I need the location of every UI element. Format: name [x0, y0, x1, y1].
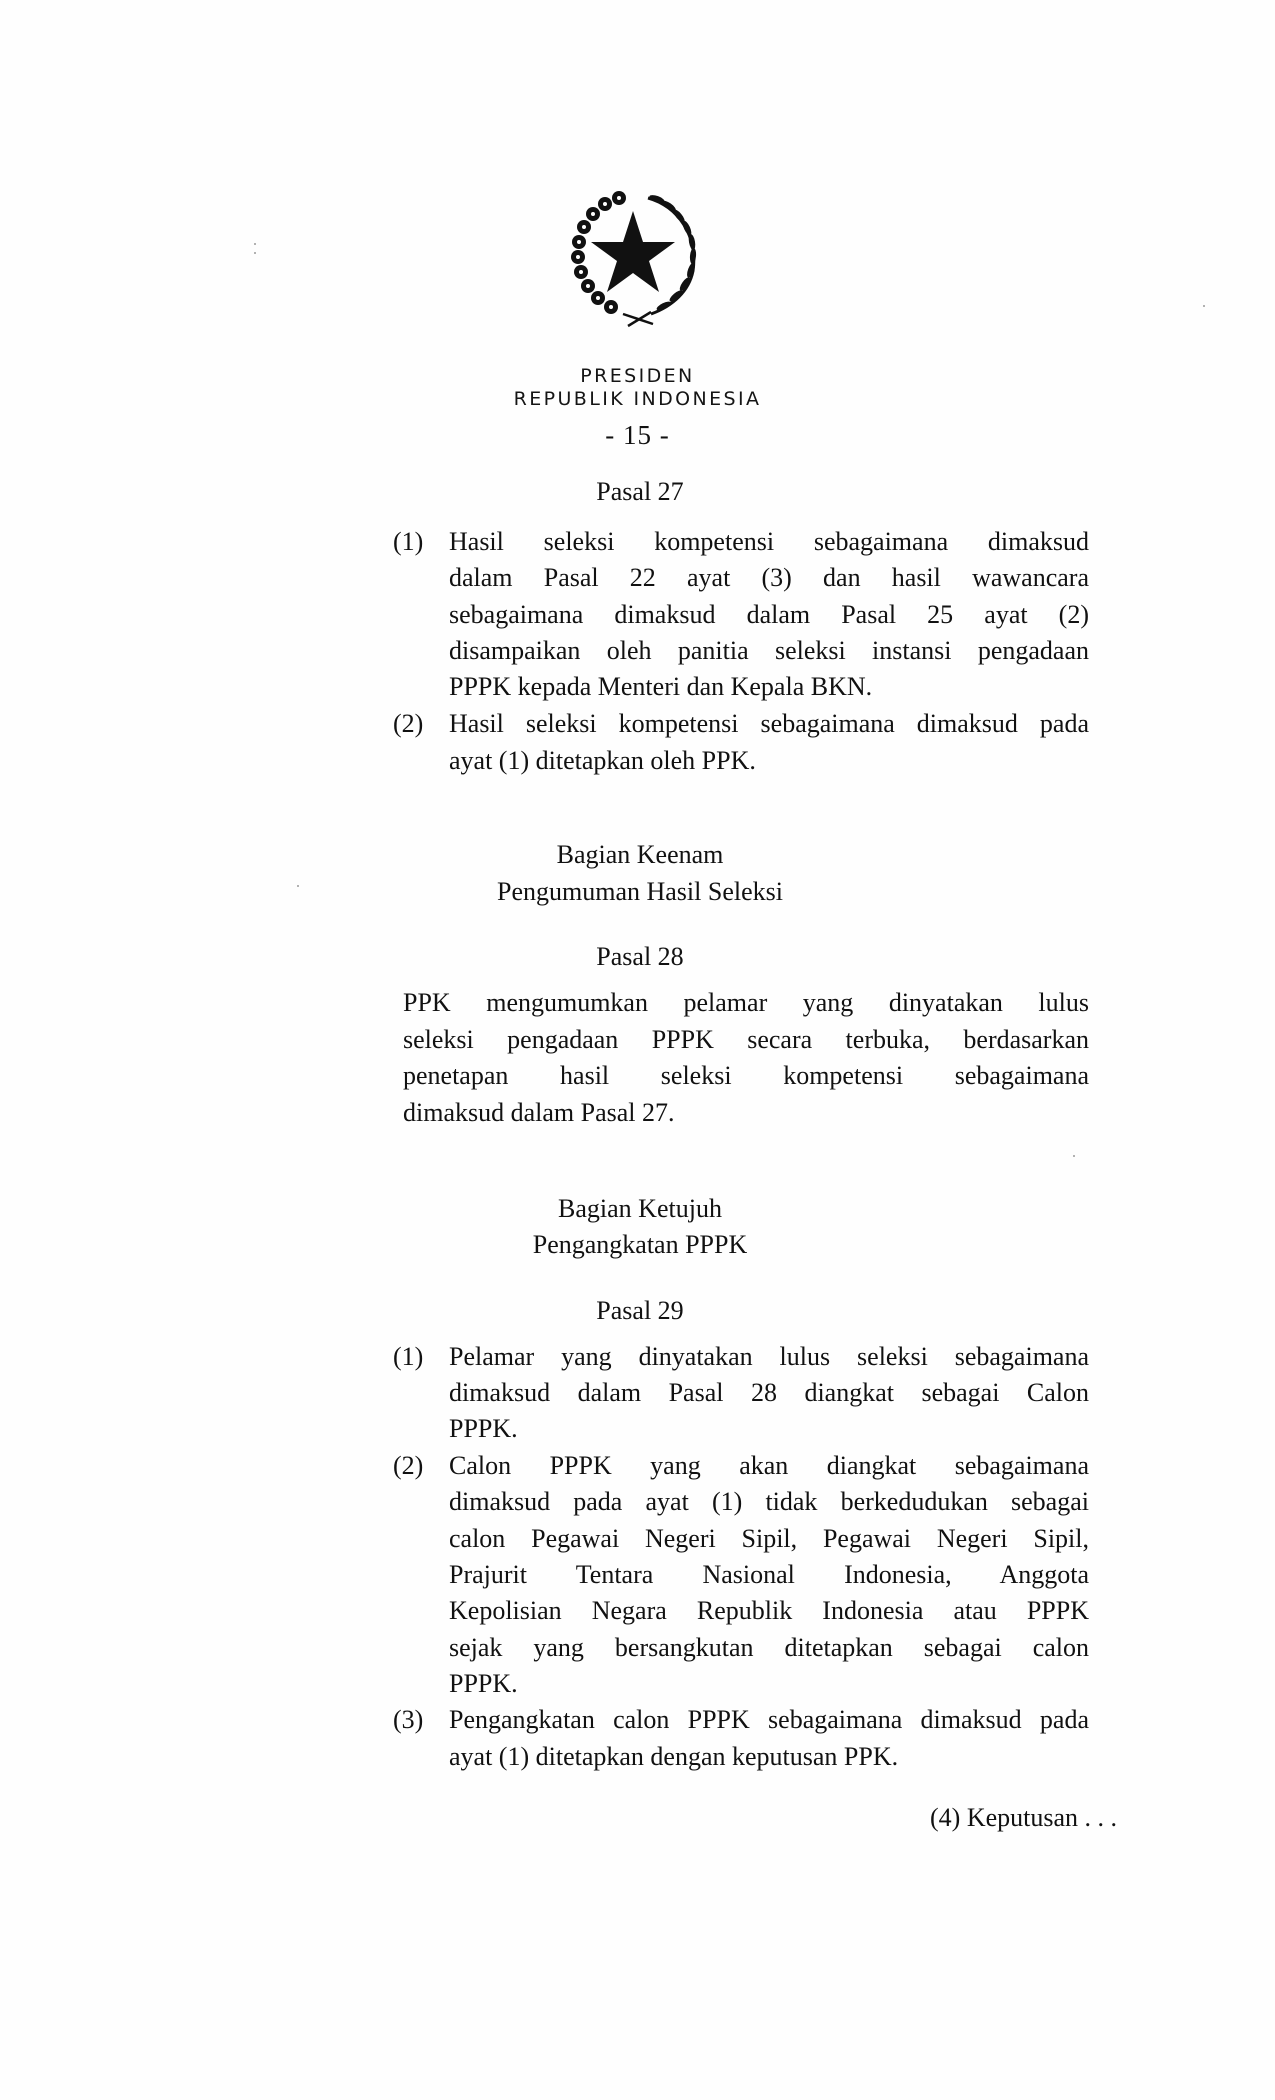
text-line: Hasil seleksi kompetensi sebagaimana dim… [449, 527, 1089, 559]
text-line: Calon PPPK yang akan diangkat sebagaiman… [449, 1451, 1089, 1483]
text-line: ayat (1) ditetapkan oleh PPK. [449, 746, 756, 776]
text-line: dimaksud dalam Pasal 27. [403, 1098, 675, 1128]
text-line: dimaksud dalam Pasal 28 diangkat sebagai… [449, 1378, 1089, 1410]
ayat-number: (2) [393, 709, 423, 739]
pasal-29-title: Pasal 29 [540, 1296, 740, 1326]
scan-speck [1203, 305, 1205, 307]
text-line: sejak yang bersangkutan ditetapkan sebag… [449, 1633, 1089, 1665]
pasal-27-title: Pasal 27 [540, 477, 740, 507]
pasal-28-title: Pasal 28 [540, 942, 740, 972]
text-line: calon Pegawai Negeri Sipil, Pegawai Nege… [449, 1524, 1089, 1556]
scan-speck [1073, 1155, 1075, 1157]
text-line: Hasil seleksi kompetensi sebagaimana dim… [449, 709, 1089, 741]
ayat-number: (1) [393, 527, 423, 557]
text-line: Pengangkatan calon PPPK sebagaimana dima… [449, 1705, 1089, 1737]
text-line: Pelamar yang dinyatakan lulus seleksi se… [449, 1342, 1089, 1374]
scan-speck [297, 885, 299, 887]
text-line: penetapan hasil seleksi kompetensi sebag… [403, 1061, 1089, 1093]
text-line: sebagaimana dimaksud dalam Pasal 25 ayat… [449, 600, 1089, 632]
text-line: ayat (1) ditetapkan dengan keputusan PPK… [449, 1742, 898, 1772]
document-page: PRESIDEN REPUBLIK INDONESIA - 15 - Pasal… [0, 0, 1275, 2100]
letterhead-subtitle: REPUBLIK INDONESIA [0, 388, 1275, 410]
page-number: - 15 - [0, 420, 1275, 451]
text-line: dimaksud pada ayat (1) tidak berkeduduka… [449, 1487, 1089, 1519]
text-line: dalam Pasal 22 ayat (3) dan hasil wawanc… [449, 563, 1089, 595]
bagian-ketujuh-title: Bagian Ketujuh [440, 1194, 840, 1224]
scan-speck [254, 252, 256, 254]
bagian-ketujuh-subtitle: Pengangkatan PPPK [440, 1230, 840, 1260]
text-line: disampaikan oleh panitia seleksi instans… [449, 636, 1089, 668]
bagian-keenam-title: Bagian Keenam [440, 840, 840, 870]
text-line: PPK mengumumkan pelamar yang dinyatakan … [403, 988, 1089, 1020]
text-line: Prajurit Tentara Nasional Indonesia, Ang… [449, 1560, 1089, 1592]
presidential-emblem-icon [553, 186, 713, 336]
ayat-number: (3) [393, 1705, 423, 1735]
text-line: PPPK. [449, 1669, 518, 1699]
text-line: PPPK kepada Menteri dan Kepala BKN. [449, 672, 872, 702]
letterhead-title: PRESIDEN [0, 365, 1275, 387]
text-line: seleksi pengadaan PPPK secara terbuka, b… [403, 1025, 1089, 1057]
ayat-number: (2) [393, 1451, 423, 1481]
text-line: PPPK. [449, 1414, 518, 1444]
scan-speck [254, 243, 256, 245]
page-continuation: (4) Keputusan . . . [930, 1803, 1117, 1833]
text-line: Kepolisian Negara Republik Indonesia ata… [449, 1596, 1089, 1628]
ayat-number: (1) [393, 1342, 423, 1372]
bagian-keenam-subtitle: Pengumuman Hasil Seleksi [440, 877, 840, 907]
